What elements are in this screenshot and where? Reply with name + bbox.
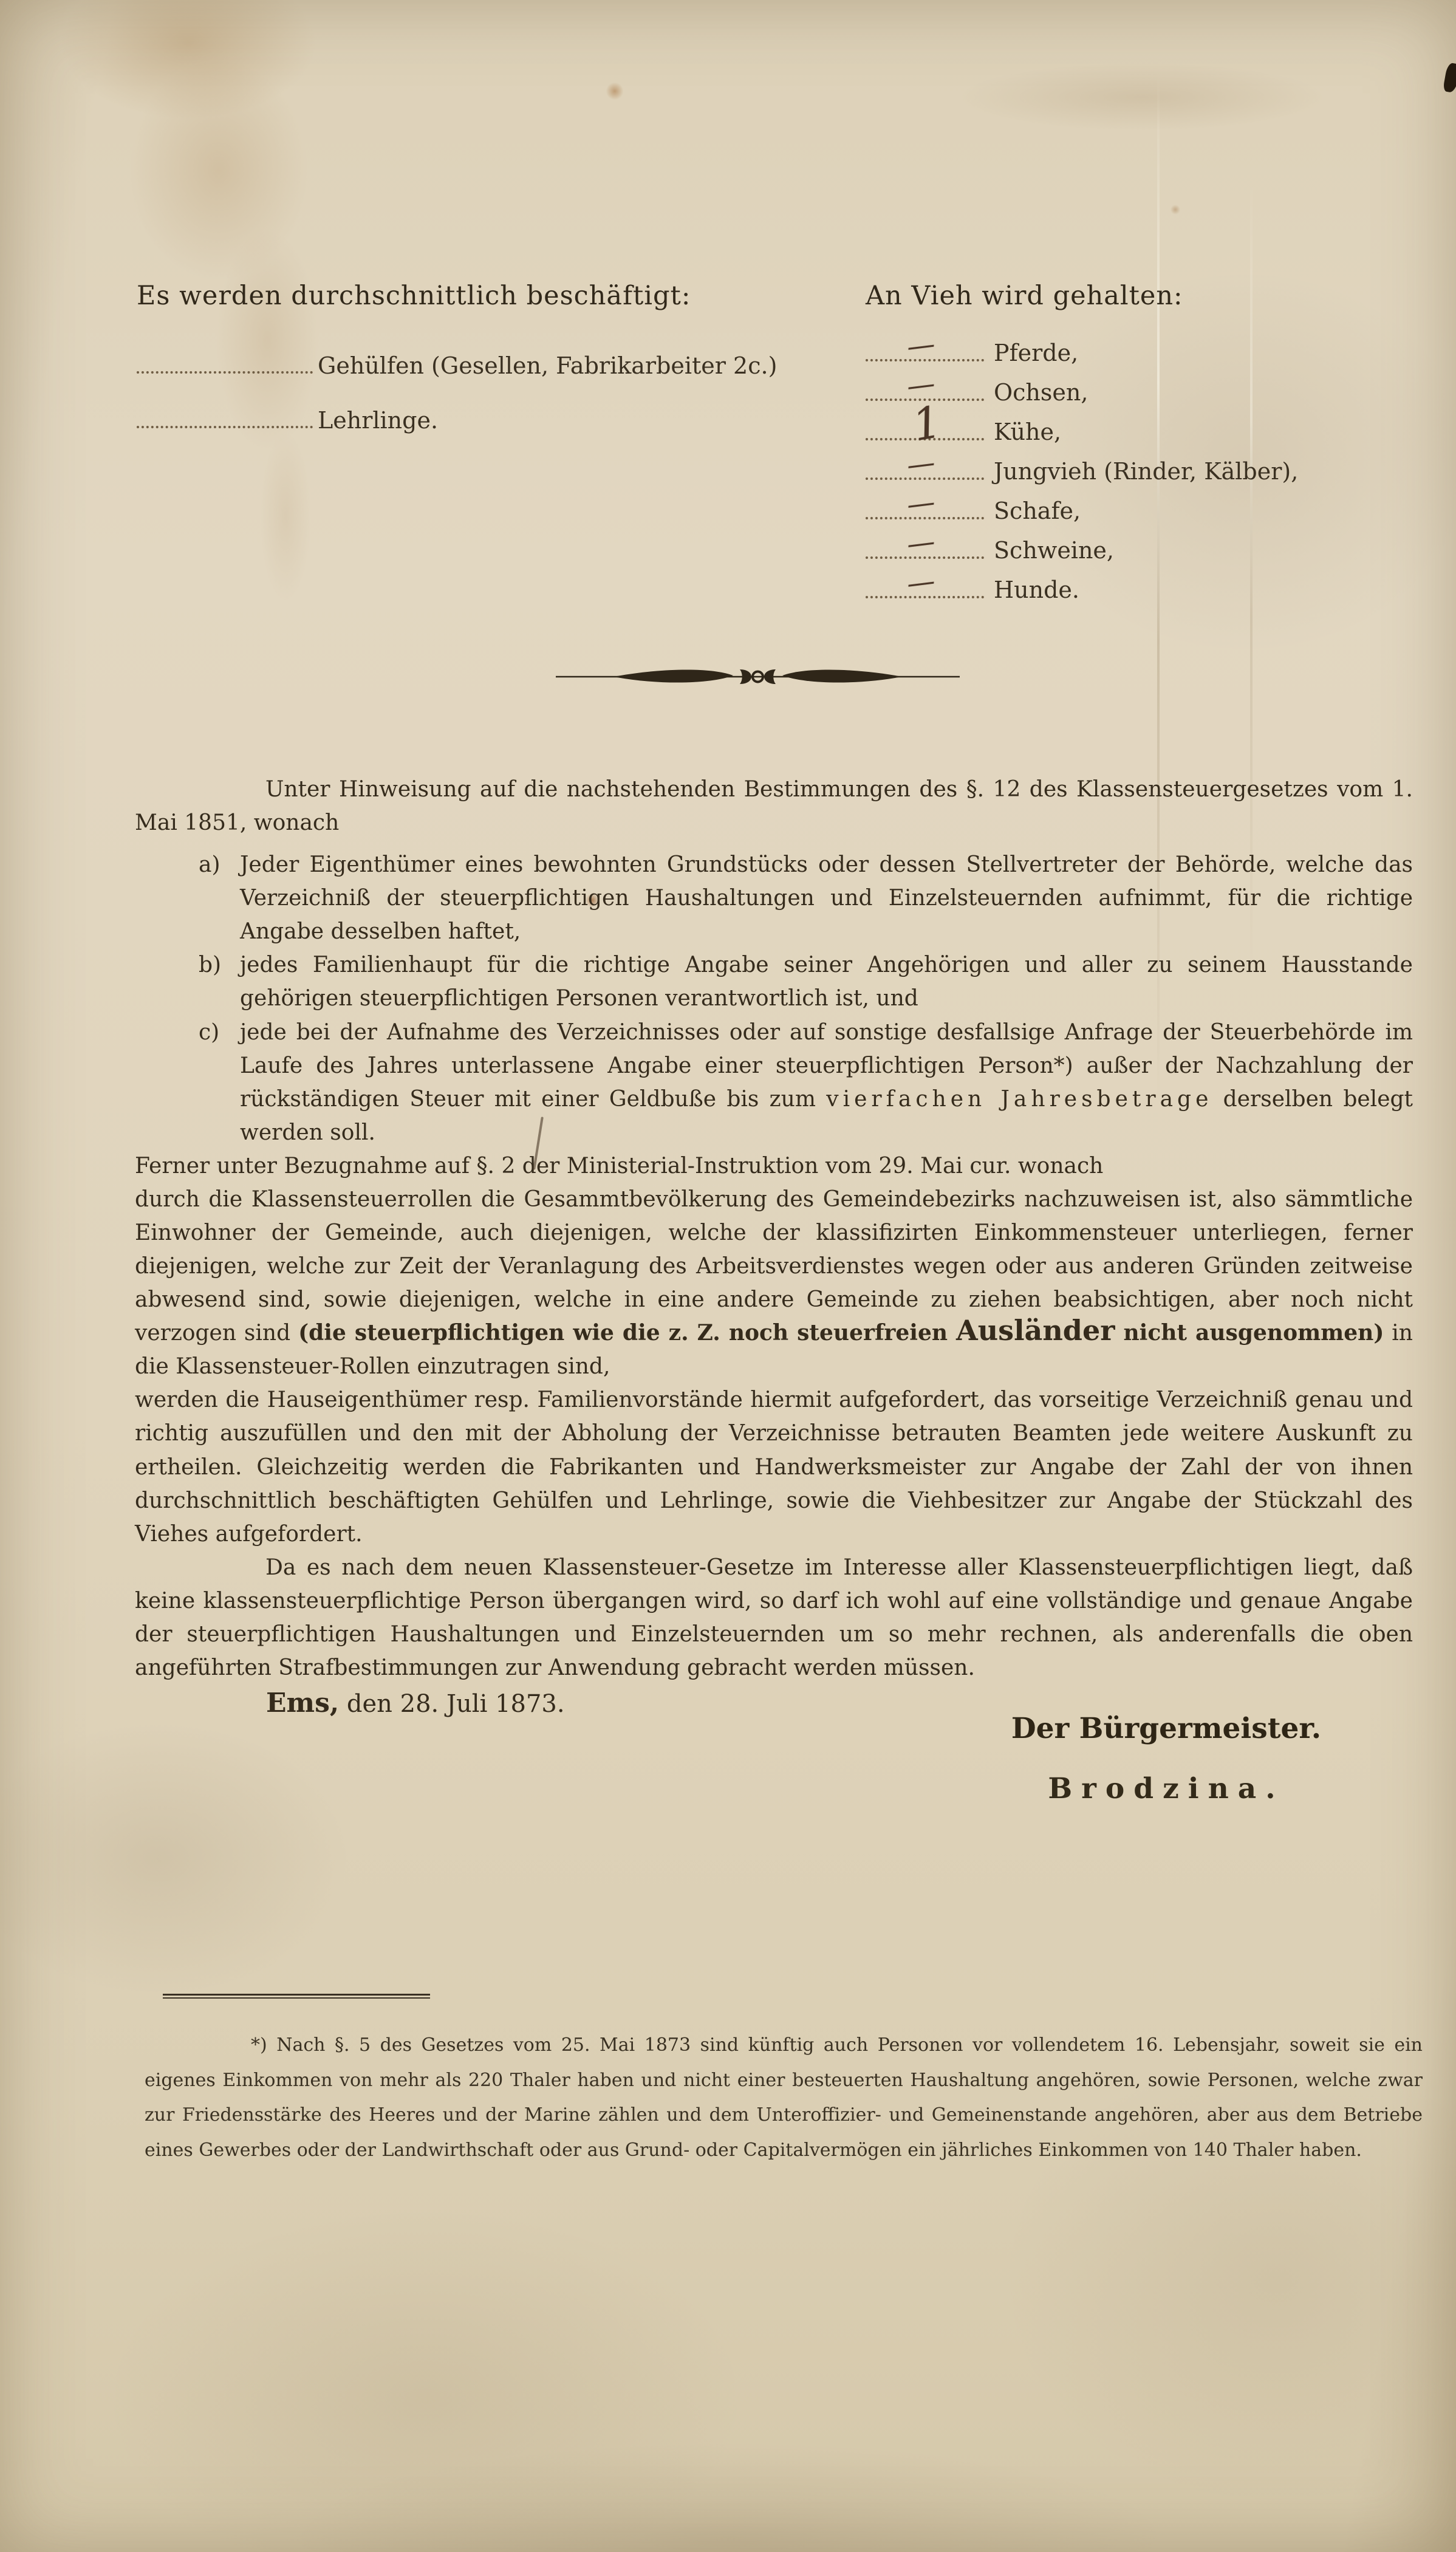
livestock-row: — Schafe, [866, 485, 1298, 524]
bold-clause: (die steuerpflichtigen wie die z. Z. noc… [298, 1320, 956, 1346]
handwritten-count: — [905, 524, 937, 560]
livestock-row: — Schweine, [866, 524, 1298, 564]
livestock-label: Kühe, [994, 419, 1061, 445]
livestock-label: Schweine, [994, 537, 1114, 564]
instruction-block: durch die Klassensteuerrollen die Gesamm… [135, 1183, 1413, 1383]
signature-block: Der Bürgermeister. Brodzina. [935, 1712, 1397, 1805]
livestock-label: Hunde. [994, 576, 1079, 603]
handwritten-count: — [905, 327, 937, 363]
dotted-fill-line [137, 408, 313, 428]
letterspaced-phrase: vierfachen Jahresbetrage [826, 1087, 1212, 1112]
livestock-row: — Pferde, [866, 327, 1298, 366]
livestock-rows: — Pferde, — Ochsen, 1 Kühe, — Jungvieh (… [866, 327, 1298, 603]
employment-label: Lehrlinge. [318, 407, 438, 434]
item-marker: a) [199, 848, 220, 881]
bold-clause: nicht ausgenommen) [1115, 1320, 1384, 1346]
provision-item-c: c) jede bei der Aufnahme des Verzeichnis… [135, 1016, 1413, 1149]
livestock-row: 1 Kühe, [866, 406, 1298, 445]
livestock-section: An Vieh wird gehalten: — Pferde, — Ochse… [866, 281, 1298, 603]
dotted-fill-line [137, 353, 313, 374]
livestock-label: Jungvieh (Rinder, Kälber), [994, 458, 1298, 485]
scanned-document-page: Es werden durchschnittlich beschäftigt: … [0, 0, 1456, 2552]
item-marker: b) [199, 948, 221, 982]
warning-paragraph: Da es nach dem neuen Klassensteuer-Geset… [135, 1551, 1413, 1685]
item-marker: c) [199, 1016, 219, 1049]
livestock-heading: An Vieh wird gehalten: [866, 281, 1298, 311]
auslaender-emphasis: Ausländer [956, 1314, 1115, 1347]
intro-paragraph: Unter Hinweisung auf die nachstehenden B… [135, 773, 1413, 840]
livestock-label: Ochsen, [994, 379, 1088, 406]
livestock-label: Schafe, [994, 498, 1081, 524]
employment-label: Gehülfen (Gesellen, Fabrikarbeiter 2c.) [318, 352, 777, 379]
item-text: jedes Familienhaupt für die richtige Ang… [240, 953, 1413, 1011]
employment-heading: Es werden durchschnittlich beschäftigt: [137, 281, 691, 311]
corner-tear-mark [1443, 62, 1456, 93]
dateline: Ems, den 28. Juli 1873. [266, 1688, 565, 1719]
place-name: Ems, [266, 1688, 339, 1719]
body-text: Unter Hinweisung auf die nachstehenden B… [135, 773, 1413, 1685]
footnote-rule [163, 1994, 430, 1999]
date-text: den 28. Juli 1873. [339, 1690, 564, 1718]
handwritten-count: — [905, 485, 937, 521]
livestock-row: — Jungvieh (Rinder, Kälber), [866, 445, 1298, 485]
footnote-text: *) Nach §. 5 des Gesetzes vom 25. Mai 18… [145, 2028, 1423, 2167]
provision-item-b: b) jedes Familienhaupt für die richtige … [135, 948, 1413, 1015]
livestock-label: Pferde, [994, 340, 1078, 366]
item-text: Jeder Eigenthümer eines bewohnten Grunds… [240, 852, 1413, 944]
employment-row: Lehrlinge. [137, 407, 438, 434]
provision-items: a) Jeder Eigenthümer eines bewohnten Gru… [135, 848, 1413, 1149]
provision-item-a: a) Jeder Eigenthümer eines bewohnten Gru… [135, 848, 1413, 948]
divider-ornament [556, 663, 960, 690]
signature-title: Der Bürgermeister. [935, 1712, 1397, 1745]
request-paragraph: werden die Hauseigenthümer resp. Familie… [135, 1383, 1413, 1550]
handwritten-count: — [905, 445, 937, 481]
handwritten-count: — [905, 564, 937, 600]
livestock-row: — Hunde. [866, 564, 1298, 603]
signature-name: Brodzina. [935, 1772, 1397, 1805]
employment-section: Es werden durchschnittlich beschäftigt: … [137, 281, 691, 311]
ferner-paragraph: Ferner unter Bezugnahme auf §. 2 der Min… [135, 1149, 1413, 1183]
employment-row: Gehülfen (Gesellen, Fabrikarbeiter 2c.) [137, 352, 777, 379]
